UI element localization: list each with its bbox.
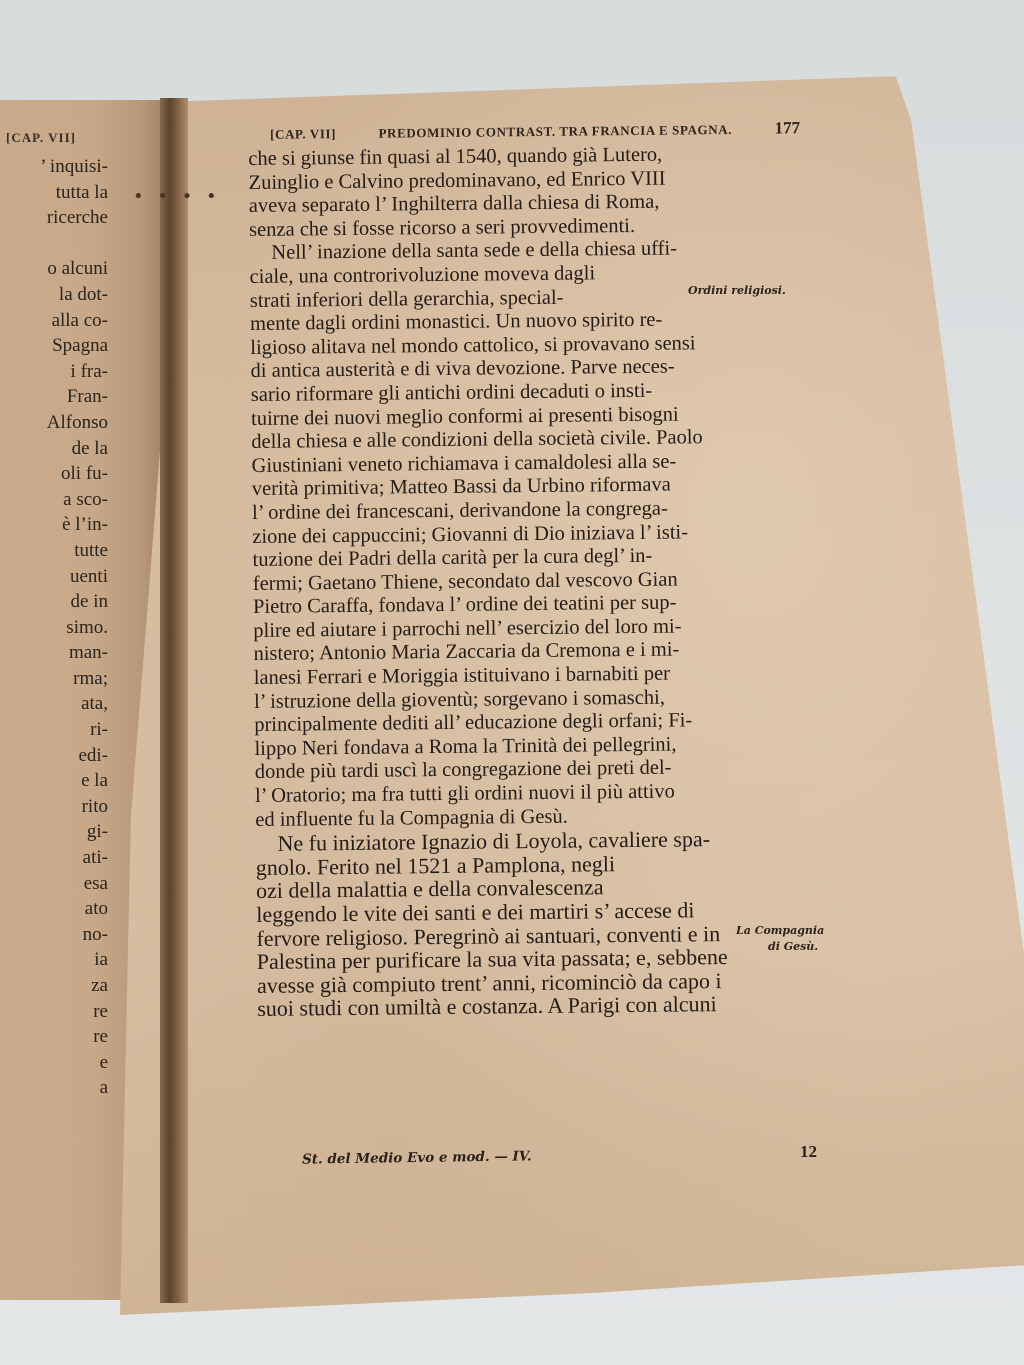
left-line: Spagna [0,333,108,359]
left-line: ’ inquisi- [0,154,108,180]
left-line: man- [0,640,108,666]
left-line [0,231,108,257]
left-line: oli fu- [0,461,108,487]
left-line: i fra- [0,359,108,385]
running-head: [CAP. VII] PREDOMINIO CONTRAST. TRA FRAN… [270,118,800,144]
left-line: ri- [0,717,108,743]
left-line: a sco- [0,487,108,513]
printer-signature: St. del Medio Evo e mod. — IV. [302,1148,532,1167]
page-number: 177 [774,118,800,138]
left-line: e la [0,768,108,794]
left-line: rma; [0,666,108,692]
left-line: Alfonso [0,410,108,436]
binding-stitch-holes: • • • • [133,186,221,207]
left-line: Fran- [0,384,108,410]
left-line: de la [0,436,108,462]
left-line: alla co- [0,308,108,334]
left-line: a [0,1075,108,1101]
left-line: ati- [0,845,108,871]
left-line: ricerche [0,205,108,231]
left-line: e [0,1050,108,1076]
sidenote-compagnia-line2: di Gesù. [768,940,818,954]
book-spine [160,98,188,1303]
left-line: è l’in- [0,512,108,538]
left-running-head: [CAP. VII] [6,130,76,146]
left-line: ato [0,896,108,922]
left-line: gi- [0,819,108,845]
chapter-label: [CAP. VII] [270,126,336,143]
left-line: ata, [0,691,108,717]
left-line: ia [0,947,108,973]
right-page-text: [CAP. VII] PREDOMINIO CONTRAST. TRA FRAN… [248,118,857,1021]
left-line: re [0,999,108,1025]
left-line: rito [0,794,108,820]
left-line: la dot- [0,282,108,308]
left-line: re [0,1024,108,1050]
left-line: tutta la [0,180,108,206]
left-line: de in [0,589,108,615]
left-line: esa [0,871,108,897]
left-line: edi- [0,743,108,769]
sidenote-ordini-religiosi: Ordini religiosi. [688,284,786,298]
left-line: o alcuni [0,256,108,282]
left-line: uenti [0,564,108,590]
left-line: no- [0,922,108,948]
left-line: simo. [0,615,108,641]
sidenote-compagnia-line1: La Compagnia [736,924,824,938]
left-line: za [0,973,108,999]
left-line: tutte [0,538,108,564]
running-title: PREDOMINIO CONTRAST. TRA FRANCIA E SPAGN… [379,122,733,142]
left-page-text: ’ inquisi- tutta la ricerche o alcuni la… [0,154,108,1101]
signature-number: 12 [800,1142,817,1162]
